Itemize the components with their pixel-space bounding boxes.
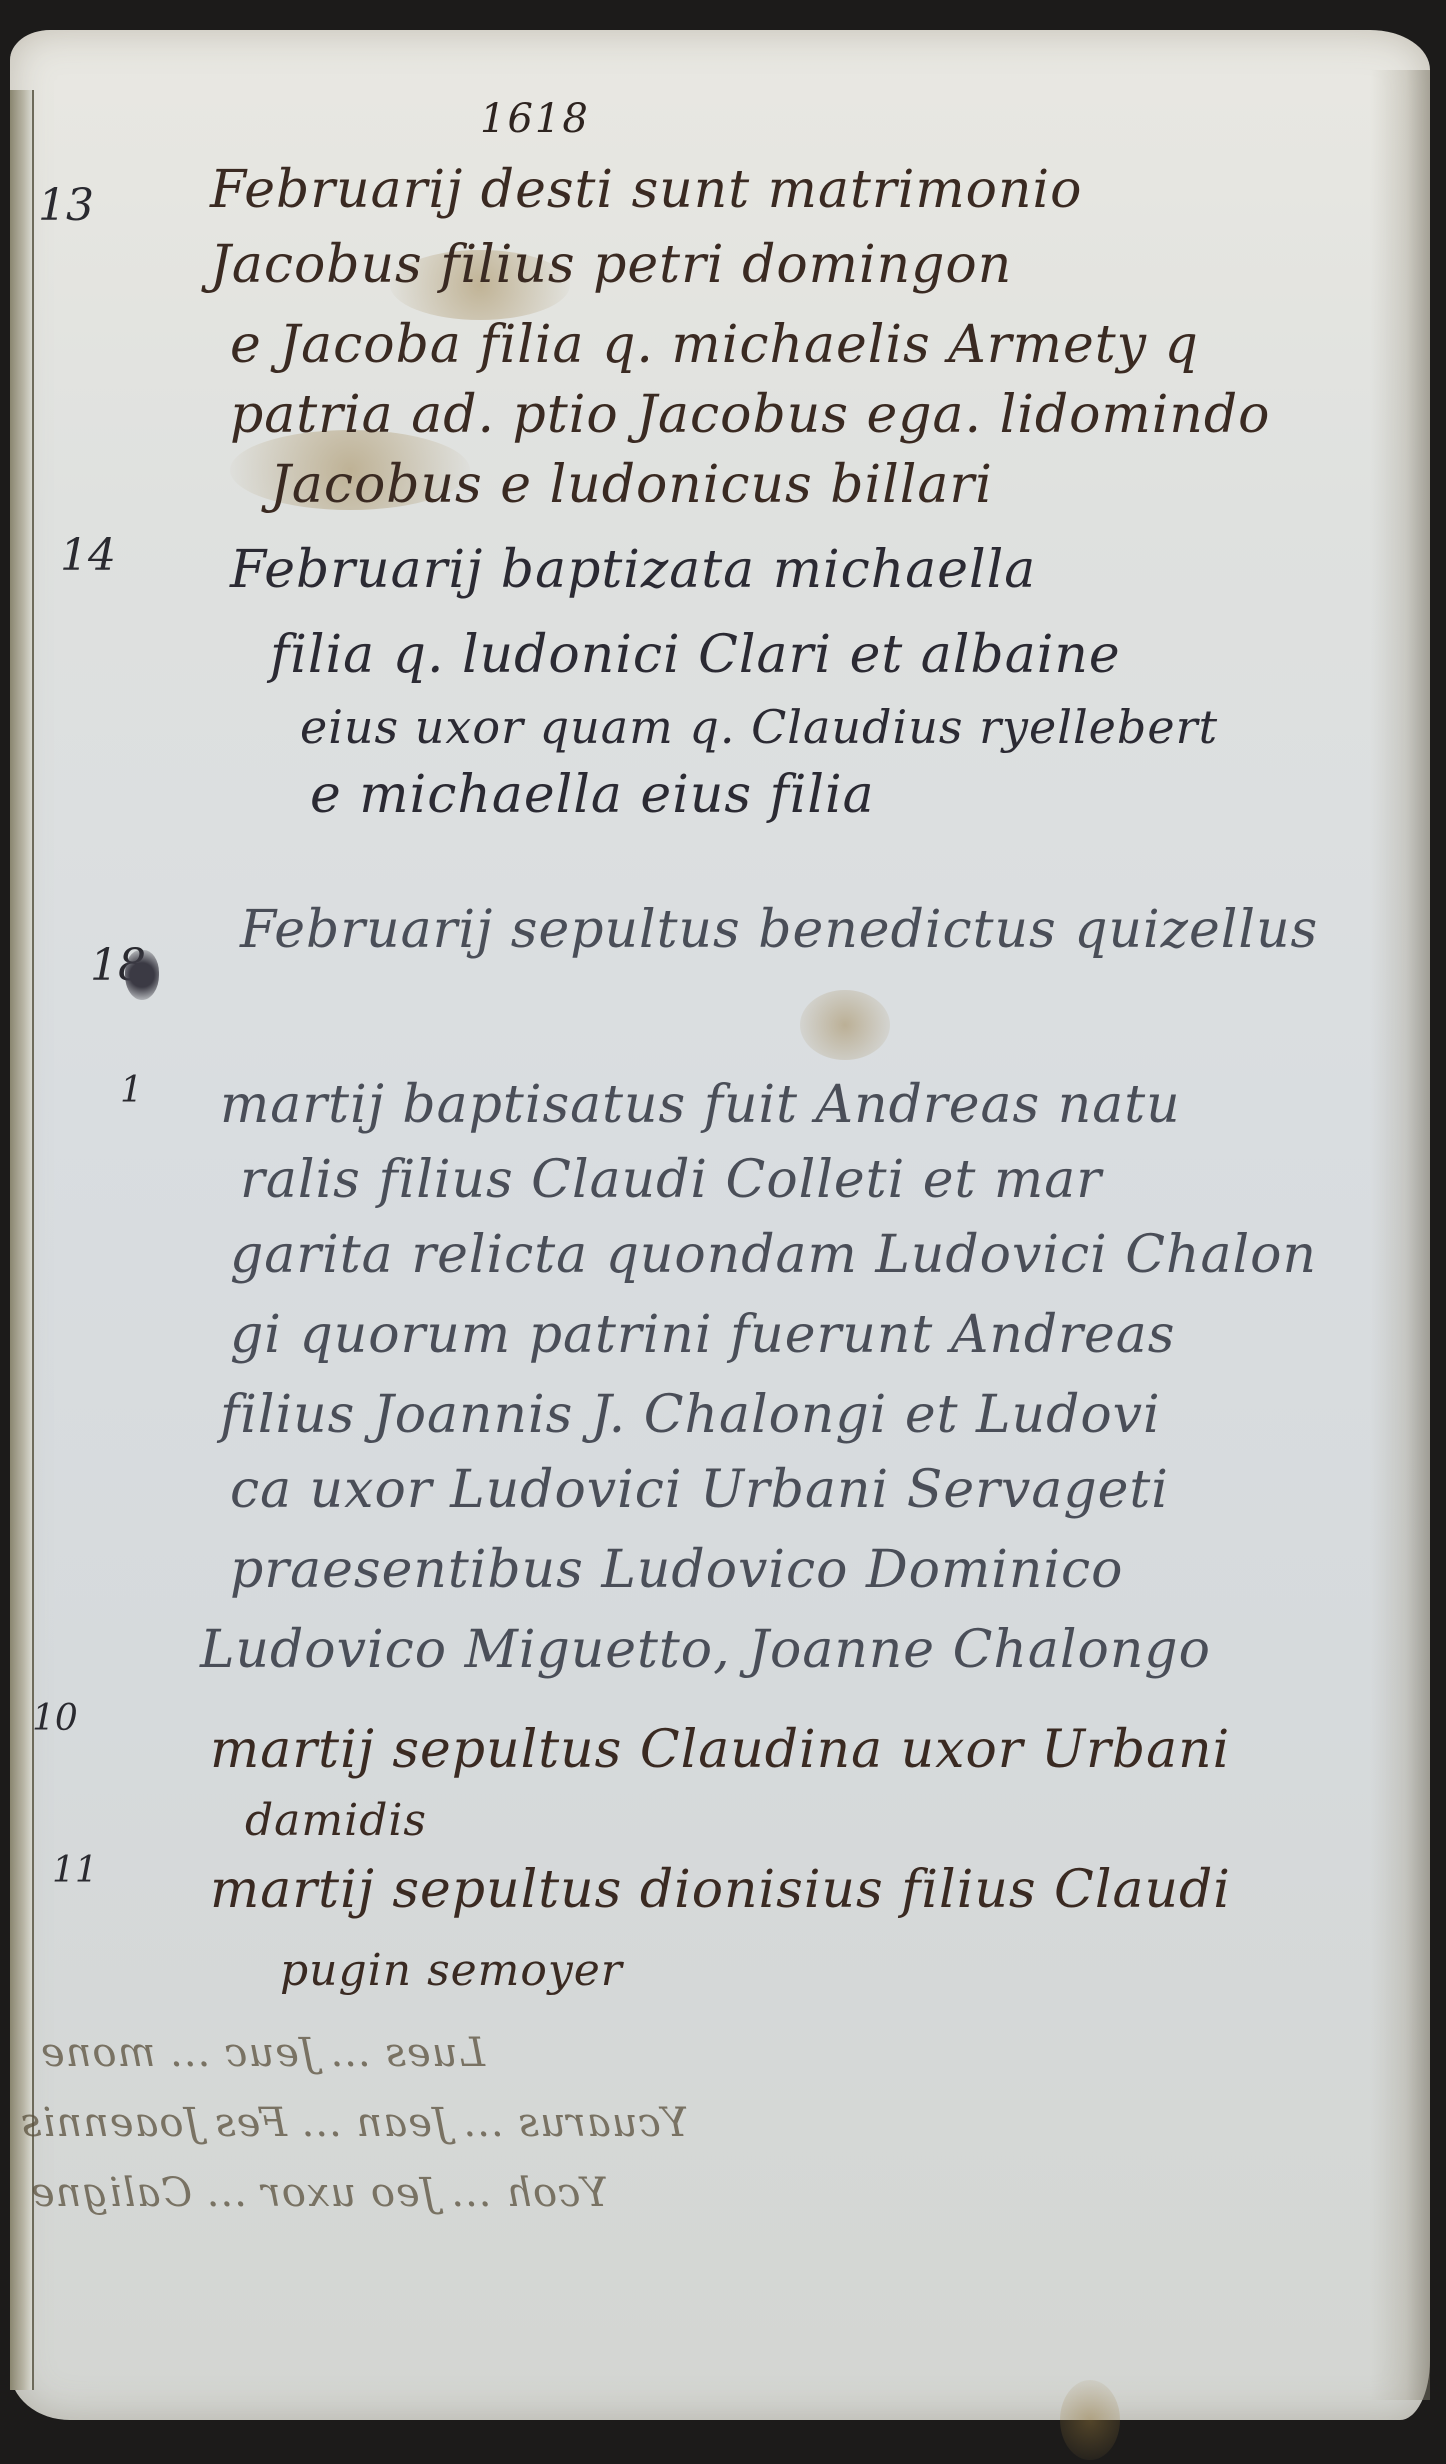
page-left-edge xyxy=(10,90,34,2390)
bleed-through-line-2: Ycuarus ... Jean ... Fes Joaennis xyxy=(20,2100,688,2146)
page-right-edge xyxy=(1370,70,1430,2400)
entry-13-line-5: Jacobus e ludonicus billari xyxy=(270,455,993,515)
paper-stain xyxy=(1060,2380,1120,2460)
entry-1-line-4: gi quorum patrini fuerunt Andreas xyxy=(230,1305,1175,1365)
margin-date-10: 10 xyxy=(32,1698,78,1739)
paper-stain xyxy=(800,990,890,1060)
year-heading: 1618 xyxy=(480,96,590,142)
margin-date-1: 1 xyxy=(120,1070,143,1111)
margin-date-13: 13 xyxy=(38,180,94,231)
entry-1-line-7: praesentibus Ludovico Dominico xyxy=(230,1540,1123,1600)
entry-1-line-1: martij baptisatus fuit Andreas natu xyxy=(220,1075,1181,1135)
entry-14-line-3: eius uxor quam q. Claudius ryellebert xyxy=(300,700,1218,754)
entry-13-line-1: Februarij desti sunt matrimonio xyxy=(210,160,1082,220)
manuscript-page: 1618 13 14 18 1 10 11 Februarij desti su… xyxy=(10,30,1430,2420)
entry-18-line-1: Februarij sepultus benedictus quizellus xyxy=(240,900,1318,960)
entry-1-line-8: Ludovico Miguetto, Joanne Chalongo xyxy=(200,1620,1211,1680)
margin-date-14: 14 xyxy=(60,530,116,581)
entry-10-line-2: damidis xyxy=(245,1795,427,1846)
entry-14-line-2: filia q. ludonici Clari et albaine xyxy=(270,625,1121,685)
entry-13-line-2: Jacobus filius petri domingon xyxy=(210,235,1012,295)
entry-10-line-1: martij sepultus Claudina uxor Urbani xyxy=(210,1720,1230,1780)
entry-1-line-6: ca uxor Ludovici Urbani Servageti xyxy=(230,1460,1169,1520)
entry-11-line-2: pugin semoyer xyxy=(280,1945,623,1996)
entry-1-line-3: garita relicta quondam Ludovici Chalon xyxy=(230,1225,1317,1285)
entry-13-line-4: patria ad. ptio Jacobus ega. lidomindo xyxy=(230,385,1270,445)
entry-11-line-1: martij sepultus dionisius filius Claudi xyxy=(210,1860,1231,1920)
entry-13-line-3: e Jacoba filia q. michaelis Armety q xyxy=(230,315,1199,375)
entry-14-line-1: Februarij baptizata michaella xyxy=(230,540,1036,600)
bleed-through-line-1: Lues ... Jeuc ... mone xyxy=(40,2030,485,2076)
ink-blot xyxy=(125,950,159,1000)
entry-1-line-2: ralis filius Claudi Colleti et mar xyxy=(240,1150,1102,1210)
entry-14-line-4: e michaella eius filia xyxy=(310,765,875,825)
bleed-through-line-3: Ycoh ... Jeo uxor ... Caligne xyxy=(30,2170,608,2216)
margin-date-11: 11 xyxy=(52,1850,98,1891)
entry-1-line-5: filius Joannis J. Chalongi et Ludovi xyxy=(220,1385,1161,1445)
